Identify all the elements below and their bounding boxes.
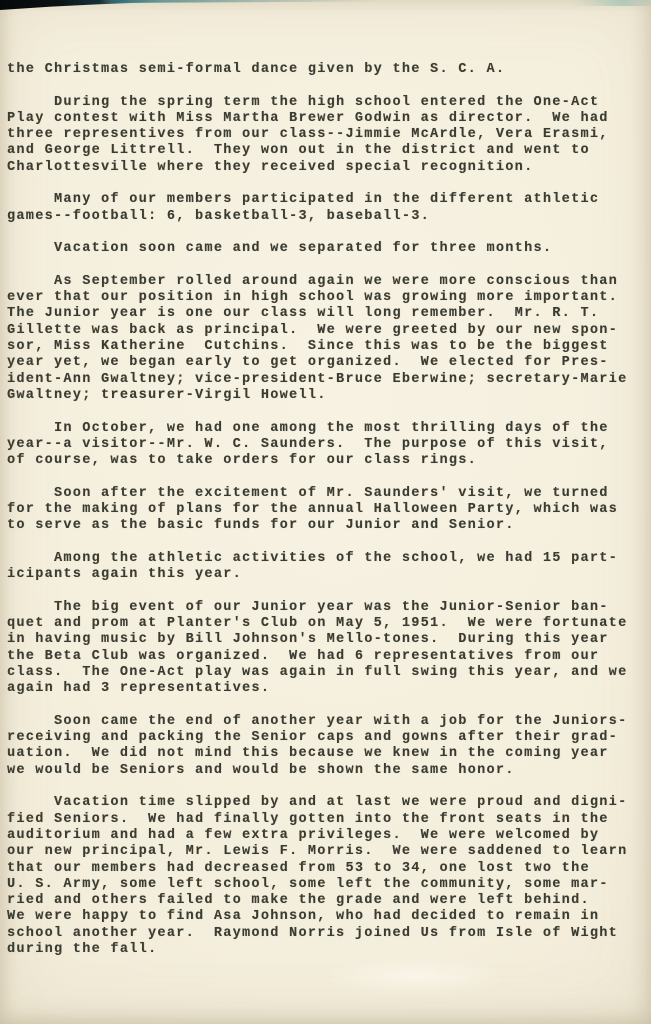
page-text: the Christmas semi-formal dance given by…	[7, 62, 647, 975]
paragraph: Soon after the excitement of Mr. Saunder…	[7, 486, 647, 535]
paragraph: Soon came the end of another year with a…	[7, 714, 647, 779]
scan-edge-teal-smudge	[573, 0, 651, 6]
paragraph: Many of our members participated in the …	[7, 192, 647, 225]
scan-edge-teal-line	[110, 0, 380, 3]
paragraph: As September rolled around again we were…	[7, 274, 647, 404]
paragraph: In October, we had one among the most th…	[7, 421, 647, 470]
paragraph: During the spring term the high school e…	[7, 95, 647, 176]
scanned-page: the Christmas semi-formal dance given by…	[0, 0, 651, 1024]
paragraph: Among the athletic activities of the sch…	[7, 551, 647, 584]
paragraph: Vacation soon came and we separated for …	[7, 241, 647, 257]
paragraph: The big event of our Junior year was the…	[7, 600, 647, 698]
paragraph: Vacation time slipped by and at last we …	[7, 795, 647, 958]
paragraph: the Christmas semi-formal dance given by…	[7, 62, 647, 78]
